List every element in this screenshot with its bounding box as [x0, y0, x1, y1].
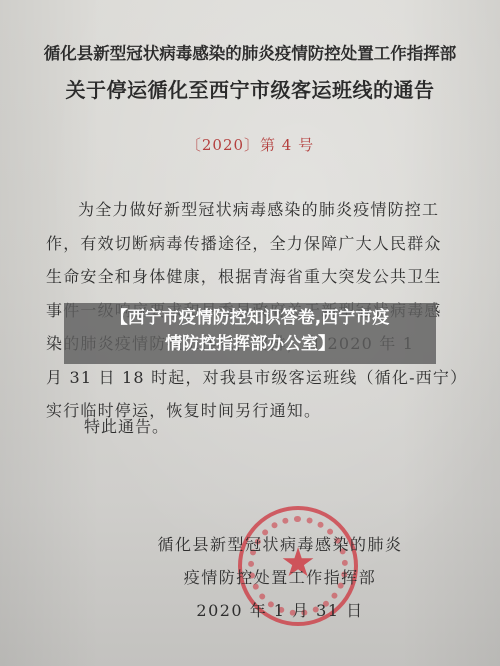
body-line: 作，有效切断病毒传播途径，全力保障广大人民群众 [46, 227, 466, 261]
document-number: 〔2020〕第 4 号 [0, 134, 500, 155]
body-line: 月 31 日 18 时起，对我县市级客运班线（循化-西宁） [46, 361, 466, 395]
caption-title-line2: 情防控指挥部办公室】 [64, 331, 436, 357]
issuer-header: 循化县新型冠状病毒感染的肺炎疫情防控处置工作指挥部 [0, 40, 500, 64]
signature-org-line2: 疫情防控处置工作指挥部 [150, 561, 410, 594]
closing-line: 特此通告。 [84, 414, 169, 437]
caption-title-line1: 【西宁市疫情防控知识答卷,西宁市疫 [64, 305, 436, 331]
signature-block: 循化县新型冠状病毒感染的肺炎 疫情防控处置工作指挥部 2020 年 1 月 31… [150, 528, 410, 627]
caption-title: 【西宁市疫情防控知识答卷,西宁市疫 情防控指挥部办公室】 [64, 305, 436, 357]
signature-org-line1: 循化县新型冠状病毒感染的肺炎 [150, 528, 410, 561]
body-line: 生命安全和身体健康，根据青海省重大突发公共卫生 [46, 260, 466, 294]
notice-title: 关于停运循化至西宁市级客运班线的通告 [0, 74, 500, 103]
body-line: 为全力做好新型冠状病毒感染的肺炎疫情防控工 [46, 193, 466, 227]
signature-date: 2020 年 1 月 31 日 [150, 594, 410, 627]
